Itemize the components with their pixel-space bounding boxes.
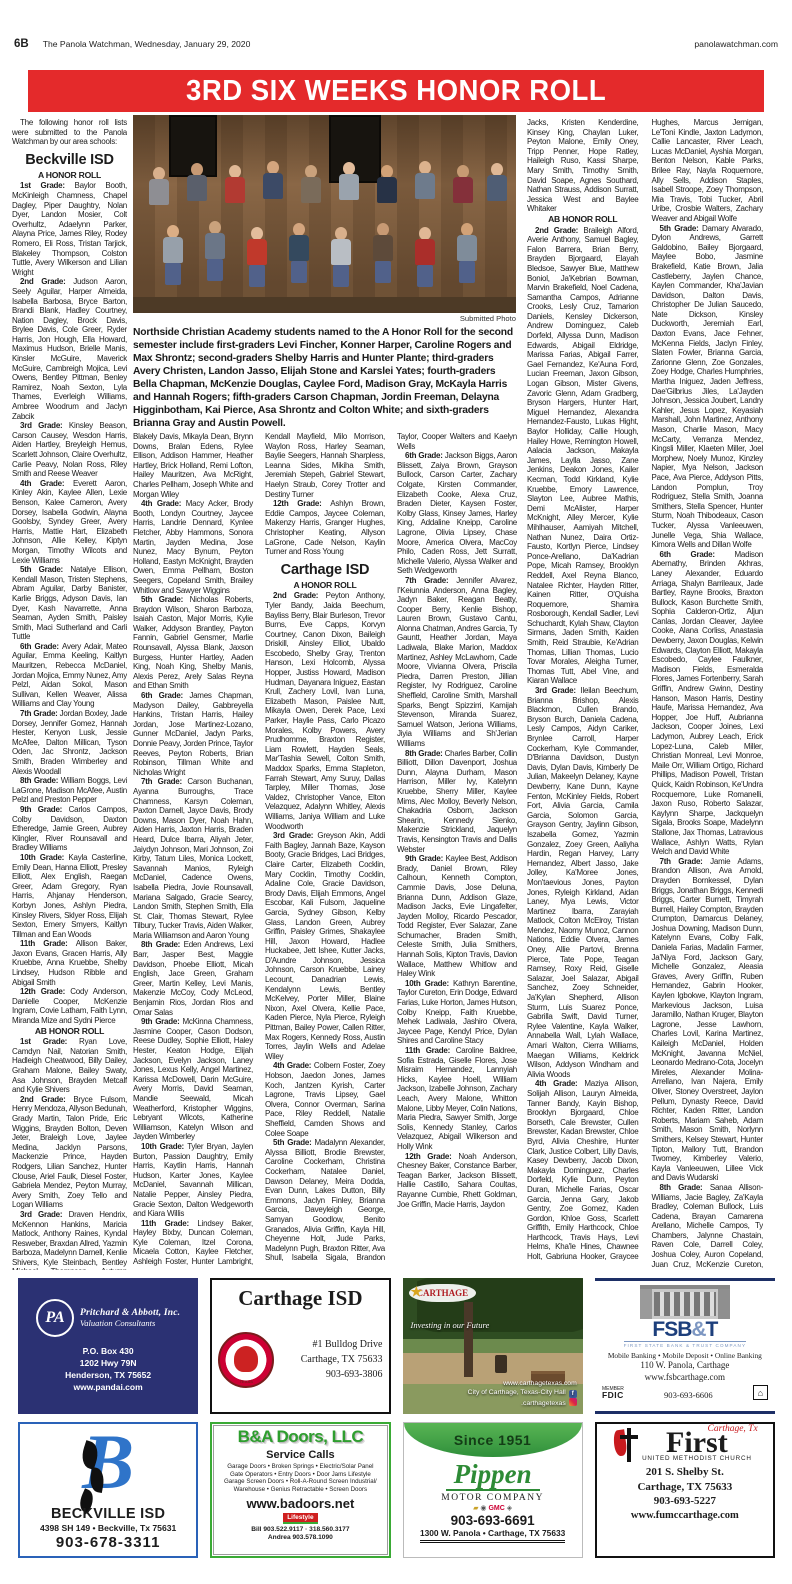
pippen-logo: Pippen <box>446 1459 540 1491</box>
ad-pritchard-abbott: PA Pritchard & Abbott, Inc. Valuation Co… <box>18 1278 198 1414</box>
beckville-name: BECKVILLE ISD <box>51 1506 165 1522</box>
bank-building-icon <box>640 1285 730 1319</box>
fsbt-logo: FSB&T <box>652 1319 717 1341</box>
roll-heading: A HONOR ROLL <box>265 581 385 591</box>
intro-note: The following honor roll lists were subm… <box>12 118 127 147</box>
grade-list: 10th Grade: Kathryn Barentine, Taylor Cu… <box>397 979 517 1046</box>
banner-title: 3RD SIX WEEKS HONOR ROLL <box>186 75 606 108</box>
fsbt-address: 110 W. Panola, Carthage <box>640 1360 729 1372</box>
grade-list: 4th Grade: Colbern Foster, Zoey Hobson, … <box>265 1061 385 1138</box>
photo-credit: Submitted Photo <box>133 314 516 323</box>
roll-heading: AB HONOR ROLL <box>12 1027 127 1037</box>
middle-columns: Blakely Davis, Mikayla Dean, Brynn Downs… <box>133 432 517 1270</box>
grade-list: 10th Grade: Kayla Casterline, Emily Dean… <box>12 853 127 939</box>
ba-doors-name: B&A Doors, LLC <box>238 1427 364 1447</box>
photo-floor <box>133 297 516 313</box>
masthead: The Panola Watchman, Wednesday, January … <box>43 39 251 49</box>
ba-website: www.badoors.net <box>246 1496 354 1511</box>
city-facebook-line: City of Carthage, Texas-City Hallf <box>468 1389 577 1398</box>
grade-list: 3rd Grade: Draven Hendrix, McKennon Hank… <box>12 1210 127 1270</box>
ad-carthage-isd: Carthage ISD TEXAS #1 Bulldog Drive Cart… <box>210 1278 390 1414</box>
website-url: panolawatchman.com <box>694 39 778 49</box>
fsbt-subtitle: FIRST STATE BANK & TRUST COMPANY <box>624 1341 747 1348</box>
ba-phone-andrea: Andrea 903.578.1090 <box>251 1534 349 1542</box>
grade-list: 5th Grade: Damary Alvarado, Dylon Andrew… <box>652 224 764 550</box>
grade-list: 7th Grade: Carson Buchanan, Ayanna Burro… <box>133 777 253 940</box>
city-slogan: Investing in our Future <box>411 1320 490 1330</box>
fsbt-services: Mobile Banking • Mobile Deposit • Online… <box>608 1351 762 1360</box>
beckville-address: 4398 SH 149 • Beckville, Tx 75631 <box>40 1523 176 1533</box>
grade-list: 1st Grade: Ryan Love, Camdyn Nail, Nator… <box>12 1037 127 1095</box>
grade-list: 9th Grade: McKinna Chamness, Jasmine Coo… <box>133 1017 253 1142</box>
beckville-phone: 903-678-3311 <box>56 1534 161 1551</box>
cisd-address1: #1 Bulldog Drive <box>274 1337 382 1352</box>
ad-city-of-carthage: ★ CARTHAGE Investing in our Future www.c… <box>403 1278 583 1414</box>
fdic-badge: MEMBERFDIC <box>602 1387 624 1400</box>
pa-website: www.pandai.com <box>65 1381 151 1393</box>
grade-list: 2nd Grade: Peyton Anthony, Tyler Bandy, … <box>265 591 385 831</box>
grade-list-continued: Blakely Davis, Mikayla Dean, Brynn Downs… <box>133 432 253 499</box>
grade-list: 9th Grade: Kaylee Best, Addison Brady, D… <box>397 854 517 979</box>
tree-trunk <box>464 1302 473 1377</box>
star-icon: ★ <box>411 1284 423 1300</box>
since-1951-band: Since 1951 <box>404 1423 582 1457</box>
ba-services-line3: Garage Screen Doors • Roll-A-Round Scree… <box>224 1478 377 1486</box>
advertisement-grid: PA Pritchard & Abbott, Inc. Valuation Co… <box>18 1278 775 1558</box>
grade-list: 6th Grade: Jackson Biggs, Aaron Blissett… <box>397 451 517 576</box>
grade-list: 5th Grade: Natalye Ellison, Kendall Maso… <box>12 565 127 642</box>
grade-list: 3rd Grade: Greyson Akin, Addi Faith Bagl… <box>265 831 385 1061</box>
cisd-address2: Carthage, TX 75633 <box>274 1352 382 1367</box>
grade-list: 7th Grade: Jamie Adams, Brandon Allison,… <box>652 857 764 1183</box>
ba-services-line1: Garage Doors • Broken Springs • Electric… <box>224 1463 377 1471</box>
ba-service-calls: Service Calls <box>266 1449 335 1461</box>
fumc-city-script: Carthage, Tx <box>708 1424 758 1434</box>
grade-list: 3rd Grade: Kinsley Beason, Carson Causey… <box>12 421 127 479</box>
fumc-citystate: Carthage, TX 75633 <box>631 1480 739 1495</box>
grade-list: 11th Grade: Allison Baker, Jaxon Evans, … <box>12 939 127 987</box>
pa-address-line1: P.O. Box 430 <box>65 1345 151 1357</box>
pa-address-line2: 1202 Hwy 79N <box>65 1357 151 1369</box>
fsbt-phone: 903-693-6606 <box>624 1390 753 1400</box>
grade-list: 12th Grade: Cody Anderson, Danielle Coop… <box>12 987 127 1025</box>
ba-services-line4: Warehouse • Genius Retractable • Screen … <box>224 1486 377 1494</box>
fumc-website: www.fumccarthage.com <box>631 1509 739 1524</box>
lifestyle-logo: Lifestyle <box>283 1513 317 1524</box>
fumc-phone: 903-693-5227 <box>631 1494 739 1509</box>
grade-list: 3rd Grade: Ileilan Beechum, Brianna Bris… <box>527 686 639 1079</box>
grade-list: 10th Grade: Tyler Bryan, Jaylen Burton, … <box>133 1142 253 1219</box>
grade-list: 8th Grade: William Boggs, Levi LaGrone, … <box>12 776 127 805</box>
cross-and-flame-icon <box>618 1428 640 1462</box>
pa-logo-icon: PA <box>36 1299 74 1337</box>
ad-first-umc: First Carthage, Tx UNITED METHODIST CHUR… <box>595 1422 775 1558</box>
photo-caption: Northside Christian Academy students nam… <box>133 326 516 430</box>
grade-list: 6th Grade: Madison Abernathy, Brinden Ak… <box>652 550 764 857</box>
grade-list: 1st Grade: Baylor Booth, McKinleigh Cham… <box>12 181 127 277</box>
newspaper-page: 6B The Panola Watchman, Wednesday, Janua… <box>0 0 792 1584</box>
car-brand-icons: ▰ ◉ GMC ◈ <box>473 1504 512 1512</box>
fsbt-website: www.fsbcarthage.com <box>640 1372 729 1384</box>
beckville-b-logo: B <box>20 1422 196 1506</box>
grade-list: 4th Grade: Macy Acker, Brody Booth, Lond… <box>133 499 253 595</box>
grade-list: 12th Grade: Ashlyn Brown, Eddie Campos, … <box>265 499 385 557</box>
grade-list: 2nd Grade: Judson Aaron, Seely Aguilar, … <box>12 277 127 421</box>
pa-address-line3: Henderson, TX 75652 <box>65 1369 151 1381</box>
pa-tagline: Valuation Consultants <box>80 1318 180 1328</box>
honor-roll-photo <box>133 115 516 313</box>
trash-can <box>495 1355 507 1373</box>
roll-heading: AB HONOR ROLL <box>527 215 639 225</box>
city-website: www.carthagetexas.com <box>468 1380 577 1389</box>
roll-heading: A HONOR ROLL <box>12 171 127 181</box>
district-title: Carthage ISD <box>265 562 385 578</box>
cisd-phone: 903-693-3806 <box>274 1367 382 1382</box>
grade-list: 7th Grade: Jordan Boxley, Jade Dorsey, J… <box>12 709 127 776</box>
pippen-address: 1300 W. Panola • Carthage, TX 75633 <box>420 1528 565 1543</box>
fumc-subtitle: UNITED METHODIST CHURCH <box>642 1455 752 1462</box>
ad-fsbt-bank: FSB&T FIRST STATE BANK & TRUST COMPANY M… <box>595 1278 775 1414</box>
carthage-isd-title: Carthage ISD <box>212 1286 388 1311</box>
grade-list: 2nd Grade: Bryce Fulsom, Henry Mendoza, … <box>12 1095 127 1210</box>
grade-list: 4th Grade: Everett Aaron, Kinley Akin, K… <box>12 479 127 565</box>
grade-list: 5th Grade: Nicholas Roberts, Braydon Wil… <box>133 595 253 691</box>
section-banner: 3RD SIX WEEKS HONOR ROLL <box>28 70 764 112</box>
grade-list-continued: Jacks, Kristen Kenderdine, Kinsey King, … <box>527 118 639 214</box>
fumc-street: 201 S. Shelby St. <box>631 1465 739 1480</box>
ad-pippen-motor: Since 1951 Pippen MOTOR COMPANY ▰ ◉ GMC … <box>403 1422 583 1558</box>
bulldog-seal-icon: TEXAS <box>218 1332 274 1388</box>
page-header: 6B The Panola Watchman, Wednesday, Janua… <box>14 38 778 50</box>
grade-list: 9th Grade: Carlos Campos, Colby Davidson… <box>12 805 127 853</box>
grade-list: 8th Grade: Eden Andrews, Lexi Barr, Jasp… <box>133 940 253 1017</box>
equal-housing-icon: ⌂ <box>753 1385 768 1400</box>
ba-services-line2: Gate Operators • Entry Doors • Door Jams… <box>224 1471 377 1479</box>
city-instagram-line: .carthagetexas <box>468 1398 577 1409</box>
ad-beckville-isd: B BECKVILLE ISD 4398 SH 149 • Beckville,… <box>18 1422 198 1558</box>
pa-company-name: Pritchard & Abbott, Inc. <box>80 1308 180 1318</box>
grade-list: 6th Grade: Avery Adair, Mateo Aguilar, E… <box>12 642 127 709</box>
ba-phone-bill: Bill 903.522.9117 · 318.560.3177 <box>251 1526 349 1534</box>
instagram-icon <box>569 1398 577 1406</box>
grade-list: 6th Grade: James Chapman, Madyson Dailey… <box>133 691 253 777</box>
grade-list: 7th Grade: Jennifer Alvarez, I'Keiunnia … <box>397 576 517 749</box>
beckville-column: The following honor roll lists were subm… <box>12 118 127 1270</box>
pippen-phone: 903-693-6691 <box>451 1513 535 1528</box>
district-title: Beckville ISD <box>12 152 127 168</box>
right-columns: Jacks, Kristen Kenderdine, Kinsey King, … <box>527 118 763 1270</box>
facebook-icon: f <box>569 1390 577 1398</box>
grade-list: 11th Grade: Caroline Baldree, Sofia Estr… <box>397 1046 517 1152</box>
carthage-city-logo: ★ CARTHAGE <box>409 1284 477 1302</box>
grade-list: 8th Grade: Charles Barber, Collin Billio… <box>397 749 517 855</box>
page-number: 6B <box>14 38 29 50</box>
ad-ba-doors: B&A Doors, LLC Service Calls Garage Door… <box>210 1422 390 1558</box>
grade-list: 2nd Grade: Braileigh Alford, Averie Anth… <box>527 226 639 687</box>
grade-list: 12th Grade: Noah Anderson, Chesney Baker… <box>397 1152 517 1210</box>
motor-company-label: MOTOR COMPANY <box>441 1493 544 1503</box>
